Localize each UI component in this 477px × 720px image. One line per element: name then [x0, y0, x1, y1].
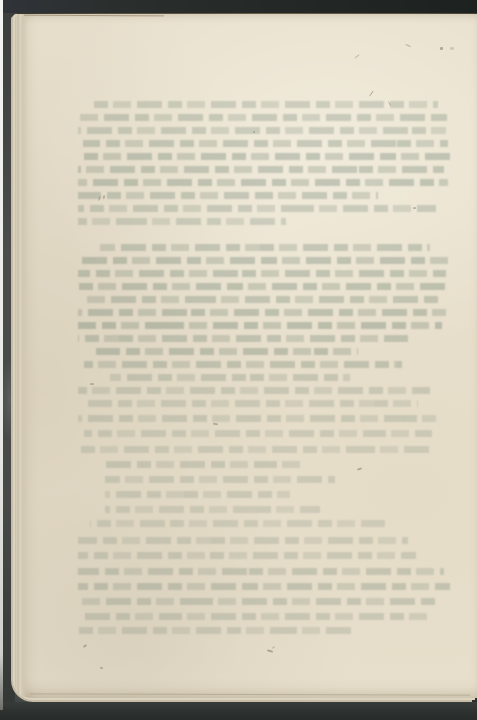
- paper-speck: [90, 383, 94, 385]
- paper-speck: [83, 644, 87, 648]
- paper-speck: [267, 649, 273, 652]
- paper-speck: [213, 423, 218, 425]
- paper-speck: [253, 131, 255, 133]
- paper-speck: [388, 101, 392, 106]
- paper-speck: [272, 646, 275, 649]
- paper-speck: [405, 44, 411, 48]
- scanned-page: [0, 0, 477, 720]
- paper-speck: [357, 467, 362, 471]
- paper-speck: [103, 195, 105, 199]
- paper-speck: [440, 47, 443, 50]
- scanner-bed-bottom-band: [0, 702, 477, 720]
- paper-speck: [369, 90, 374, 96]
- paper-speck: [354, 54, 359, 59]
- film-edge-strip: [0, 0, 3, 710]
- paper-speck: [100, 667, 104, 670]
- paper-specks: [0, 0, 477, 720]
- paper-speck: [450, 47, 454, 50]
- paper-speck: [98, 196, 101, 201]
- scanner-bed-top-band: [0, 0, 477, 13]
- paper-speck: [413, 207, 416, 209]
